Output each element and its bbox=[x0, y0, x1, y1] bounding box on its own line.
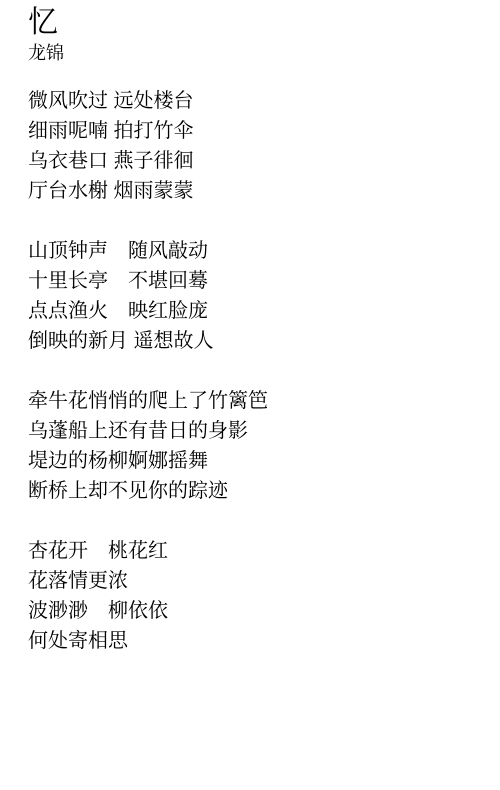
lyric-line: 堤边的杨柳婀娜摇舞 bbox=[28, 446, 480, 476]
lyrics-body: 微风吹过 远处楼台 细雨呢喃 拍打竹伞 乌衣巷口 燕子徘徊 厅台水榭 烟雨蒙蒙 … bbox=[28, 86, 480, 656]
lyric-line: 微风吹过 远处楼台 bbox=[28, 86, 480, 116]
lyric-line: 倒映的新月 遥想故人 bbox=[28, 326, 480, 356]
lyrics-page: 忆 龙锦 微风吹过 远处楼台 细雨呢喃 拍打竹伞 乌衣巷口 燕子徘徊 厅台水榭 … bbox=[0, 0, 500, 790]
lyric-line: 厅台水榭 烟雨蒙蒙 bbox=[28, 176, 480, 206]
lyric-line: 波渺渺 柳依依 bbox=[28, 596, 480, 626]
stanza-2: 山顶钟声 随风敲动 十里长亭 不堪回蓦 点点渔火 映红脸庞 倒映的新月 遥想故人 bbox=[28, 236, 480, 356]
lyric-line: 十里长亭 不堪回蓦 bbox=[28, 266, 480, 296]
lyric-line: 牵牛花悄悄的爬上了竹篱笆 bbox=[28, 386, 480, 416]
lyric-line: 何处寄相思 bbox=[28, 626, 480, 656]
lyric-line: 点点渔火 映红脸庞 bbox=[28, 296, 480, 326]
lyric-line: 断桥上却不见你的踪迹 bbox=[28, 476, 480, 506]
lyric-line: 花落情更浓 bbox=[28, 566, 480, 596]
lyric-line: 乌衣巷口 燕子徘徊 bbox=[28, 146, 480, 176]
artist-name: 龙锦 bbox=[28, 40, 480, 66]
lyric-line: 山顶钟声 随风敲动 bbox=[28, 236, 480, 266]
stanza-3: 牵牛花悄悄的爬上了竹篱笆 乌蓬船上还有昔日的身影 堤边的杨柳婀娜摇舞 断桥上却不… bbox=[28, 386, 480, 506]
stanza-1: 微风吹过 远处楼台 细雨呢喃 拍打竹伞 乌衣巷口 燕子徘徊 厅台水榭 烟雨蒙蒙 bbox=[28, 86, 480, 206]
lyric-line: 杏花开 桃花红 bbox=[28, 536, 480, 566]
lyric-line: 乌蓬船上还有昔日的身影 bbox=[28, 416, 480, 446]
lyric-line: 细雨呢喃 拍打竹伞 bbox=[28, 116, 480, 146]
song-title: 忆 bbox=[28, 6, 480, 40]
stanza-4: 杏花开 桃花红 花落情更浓 波渺渺 柳依依 何处寄相思 bbox=[28, 536, 480, 656]
